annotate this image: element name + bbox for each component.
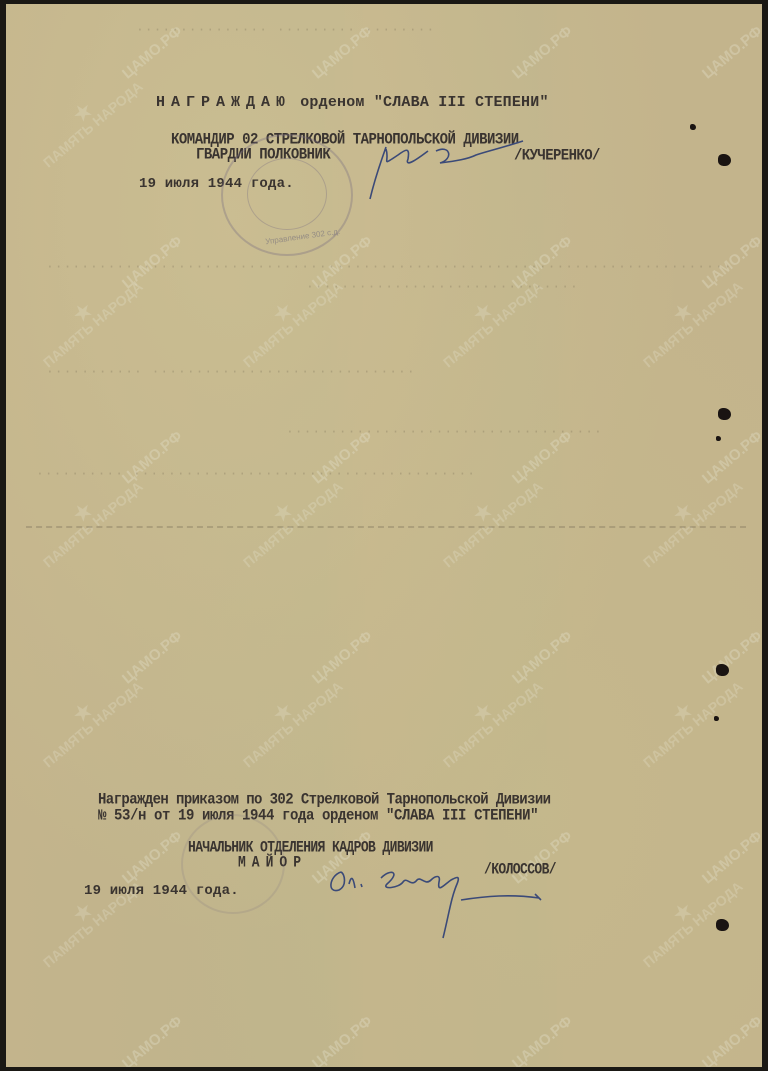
- watermark-camo: ЦАМО.РФ: [699, 1013, 762, 1067]
- star-icon: ★: [631, 667, 736, 759]
- watermark-pamyat: ★ПАМЯТЬ НАРОДА: [31, 467, 146, 570]
- star-icon: ★: [431, 667, 536, 759]
- ink-speck: [690, 124, 696, 130]
- bleed-through-divider: [26, 526, 746, 528]
- punch-hole: [718, 154, 731, 166]
- watermark-pamyat: ★ПАМЯТЬ НАРОДА: [431, 467, 546, 570]
- ink-speck: [714, 716, 719, 721]
- watermark-camo: ЦАМО.РФ: [119, 1013, 186, 1067]
- stamp-text: Управление 302 с.д.: [265, 227, 341, 246]
- bleed-through-text: ····································: [286, 424, 603, 439]
- watermark-camo: ЦАМО.РФ: [509, 1013, 576, 1067]
- official-stamp-faint: [181, 814, 285, 914]
- order-line2: № 53/н от 19 июля 1944 года орденом "СЛА…: [98, 807, 538, 825]
- star-icon: ★: [231, 667, 336, 759]
- stamp-inner-ring: [247, 158, 327, 230]
- watermark-pamyat: ★ПАМЯТЬ НАРОДА: [31, 67, 146, 170]
- star-icon: ★: [631, 267, 736, 359]
- watermark-pamyat: ★ПАМЯТЬ НАРОДА: [231, 667, 346, 770]
- bleed-through-text: ··········· ····························…: [46, 364, 416, 379]
- ink-speck: [716, 436, 721, 441]
- hr-chief-signature: [321, 854, 551, 944]
- watermark-camo: ЦАМО.РФ: [509, 23, 576, 83]
- commander-signature: [358, 129, 533, 209]
- watermark-pamyat: ★ПАМЯТЬ НАРОДА: [31, 667, 146, 770]
- bleed-through-text: ·······························: [306, 279, 579, 294]
- star-icon: ★: [431, 467, 536, 559]
- punch-hole: [716, 919, 729, 931]
- bleed-through-text: ·········· ·····························…: [36, 466, 476, 481]
- star-icon: ★: [631, 467, 736, 559]
- award-line: НАГРАЖДАЮ орденом "СЛАВА III СТЕПЕНИ": [156, 94, 549, 111]
- document-page: ЦАМО.РФ ЦАМО.РФ ЦАМО.РФ ЦАМО.РФ ЦАМО.РФ …: [6, 4, 762, 1067]
- watermark-pamyat: ★ПАМЯТЬ НАРОДА: [631, 467, 746, 570]
- star-icon: ★: [31, 67, 136, 159]
- star-icon: ★: [231, 467, 336, 559]
- watermark-camo: ЦАМО.РФ: [309, 1013, 376, 1067]
- watermark-pamyat: ★ПАМЯТЬ НАРОДА: [631, 867, 746, 970]
- watermark-pamyat: ★ПАМЯТЬ НАРОДА: [231, 467, 346, 570]
- star-icon: ★: [31, 467, 136, 559]
- star-icon: ★: [31, 667, 136, 759]
- watermark-camo: ЦАМО.РФ: [699, 23, 762, 83]
- watermark-pamyat: ★ПАМЯТЬ НАРОДА: [631, 267, 746, 370]
- star-icon: ★: [31, 867, 136, 959]
- star-icon: ★: [631, 867, 736, 959]
- official-stamp: Управление 302 с.д.: [221, 134, 353, 256]
- bleed-through-text: ········································…: [46, 259, 733, 274]
- watermark-pamyat: ★ПАМЯТЬ НАРОДА: [631, 667, 746, 770]
- star-icon: ★: [31, 267, 136, 359]
- order-line1: Награжден приказом по 302 Стрелковой Тар…: [98, 791, 550, 809]
- punch-hole: [716, 664, 729, 676]
- watermark-pamyat: ★ПАМЯТЬ НАРОДА: [431, 667, 546, 770]
- bleed-through-text: ··············· ········· ········: [136, 22, 435, 37]
- watermark-pamyat: ★ПАМЯТЬ НАРОДА: [31, 267, 146, 370]
- punch-hole: [718, 408, 731, 420]
